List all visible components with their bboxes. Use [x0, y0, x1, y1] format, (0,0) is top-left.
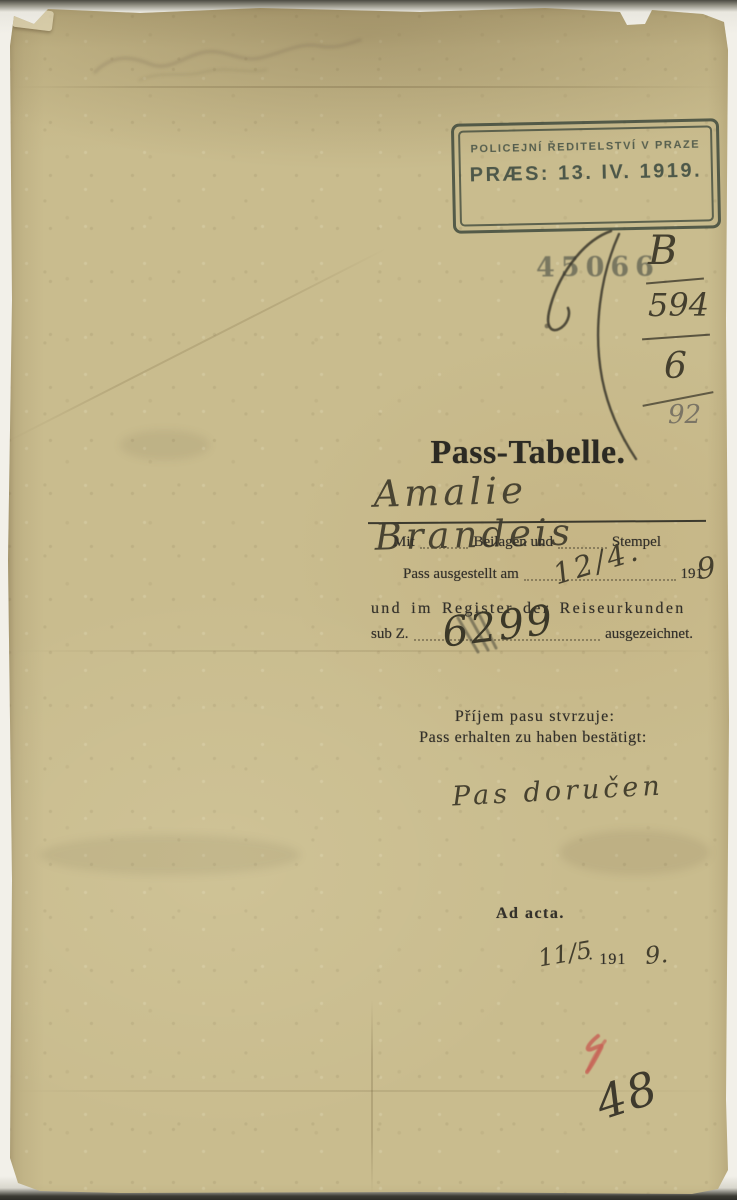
scanner-background: POLICEJNÍ ŘEDITELSTVÍ V PRAZE PRÆS: 13. … [0, 0, 737, 1200]
red-pencil-mark [587, 1036, 605, 1072]
document-paper: POLICEJNÍ ŘEDITELSTVÍ V PRAZE PRÆS: 13. … [0, 0, 737, 1200]
ink-marks-overlay [0, 0, 737, 1200]
paraph-flourish [545, 231, 636, 459]
bleedthrough-writing [95, 40, 360, 80]
pencil-scribble [458, 612, 496, 652]
